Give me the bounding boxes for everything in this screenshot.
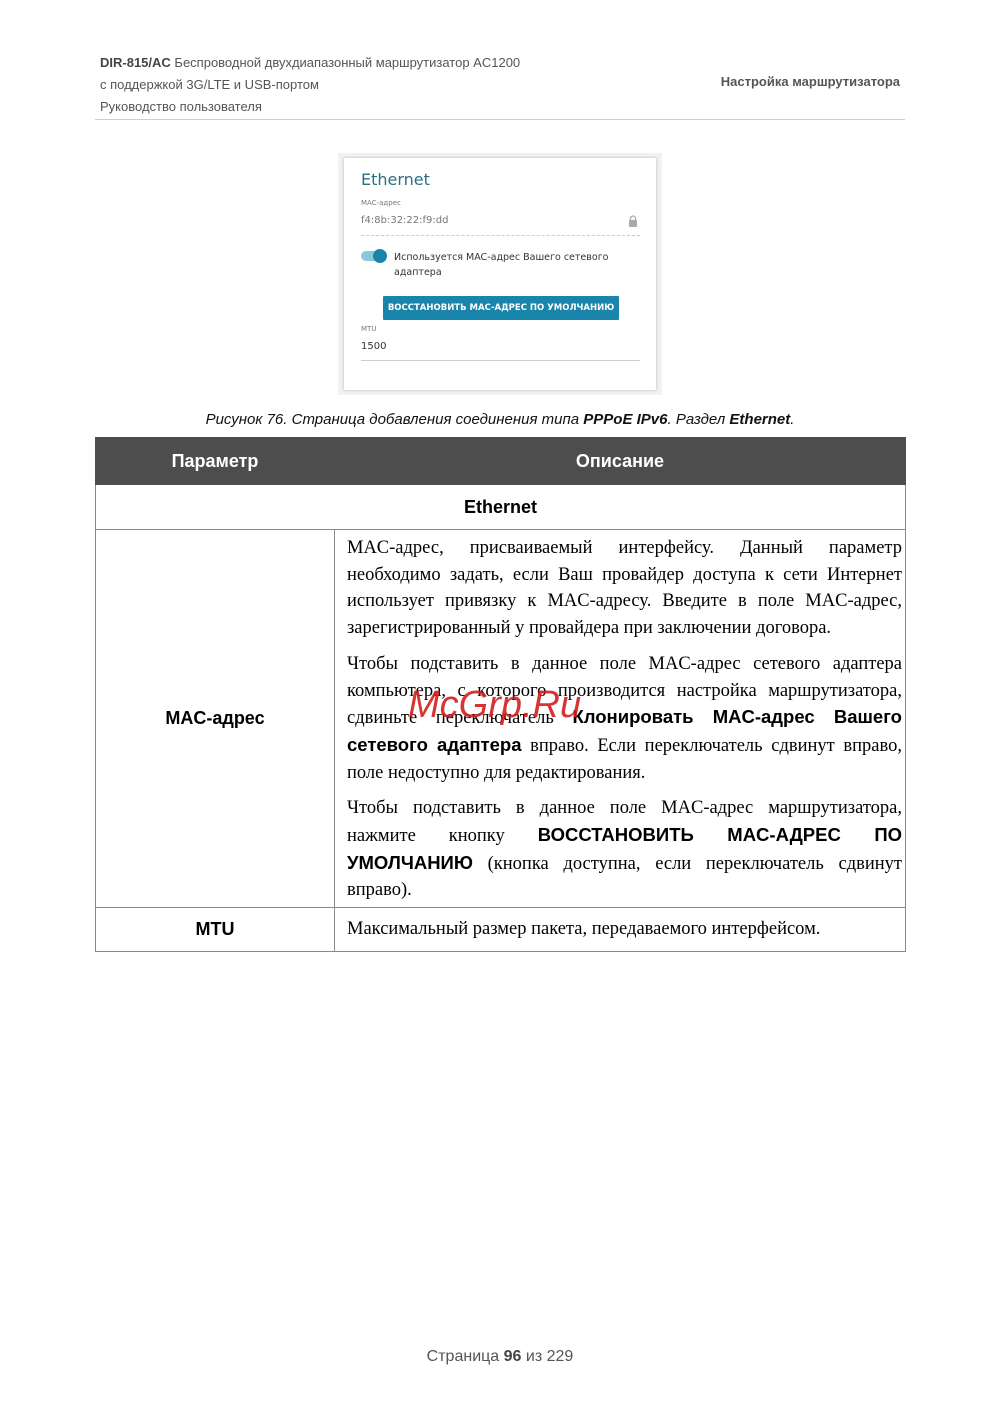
total-pages: 229 (547, 1348, 574, 1365)
mtu-field-label: MTU (361, 325, 376, 333)
caption-text: Рисунок 76. Страница добавления соединен… (206, 411, 584, 428)
header-line-2: с поддержкой 3G/LTE и USB-портом (100, 74, 520, 96)
lock-icon (628, 215, 638, 227)
header-line-3: Руководство пользователя (100, 96, 520, 118)
mac-field-label: MAC-адрес (361, 199, 401, 207)
table-header-row: Параметр Описание (96, 438, 906, 485)
param-name: MTU (96, 908, 335, 952)
page-number: 96 (504, 1348, 522, 1365)
text: Страница (427, 1348, 504, 1365)
page-footer: Страница 96 из 229 (0, 1348, 1000, 1366)
mtu-field-underline (361, 360, 640, 361)
model-name: DIR-815/AC (100, 55, 171, 70)
description-paragraph: MAC-адрес, присваиваемый интерфейсу. Дан… (347, 535, 902, 642)
header-line-1: DIR-815/AC Беспроводной двухдиапазонный … (100, 52, 520, 74)
watermark: McGrp.Ru (408, 684, 581, 727)
figure-caption: Рисунок 76. Страница добавления соединен… (0, 411, 1000, 428)
param-description: Максимальный размер пакета, передаваемог… (335, 908, 906, 952)
table-section-row: Ethernet (96, 485, 906, 530)
caption-section: Ethernet (729, 411, 790, 428)
description-paragraph: Чтобы подставить в данное поле MAC-адрес… (347, 795, 902, 904)
caption-text: . (790, 411, 794, 428)
column-header-parameter: Параметр (96, 438, 335, 485)
product-description: Беспроводной двухдиапазонный маршрутизат… (171, 55, 520, 70)
mac-field-underline (361, 235, 640, 236)
clone-mac-toggle[interactable] (361, 251, 385, 261)
restore-default-mac-button[interactable]: ВОССТАНОВИТЬ MAC-АДРЕС ПО УМОЛЧАНИЮ (383, 296, 619, 320)
caption-text: . Раздел (667, 411, 729, 428)
mtu-input[interactable]: 1500 (361, 341, 386, 352)
ethernet-settings-card: Ethernet MAC-адрес f4:8b:32:22:f9:dd Исп… (344, 158, 656, 390)
document-header: DIR-815/AC Беспроводной двухдиапазонный … (100, 52, 520, 118)
clone-mac-toggle-label: Используется MAC-адрес Вашего сетевого а… (394, 250, 624, 280)
param-name: MAC-адрес (96, 530, 335, 908)
mac-address-input[interactable]: f4:8b:32:22:f9:dd (361, 215, 448, 226)
caption-connection-type: PPPoE IPv6 (583, 411, 667, 428)
header-divider (95, 119, 905, 120)
column-header-description: Описание (335, 438, 906, 485)
table-row: MTU Максимальный размер пакета, передава… (96, 908, 906, 952)
text: из (521, 1348, 546, 1365)
header-section-title: Настройка маршрутизатора (721, 74, 900, 89)
section-title: Ethernet (96, 485, 906, 530)
toggle-knob (373, 249, 387, 263)
card-title: Ethernet (361, 170, 430, 189)
